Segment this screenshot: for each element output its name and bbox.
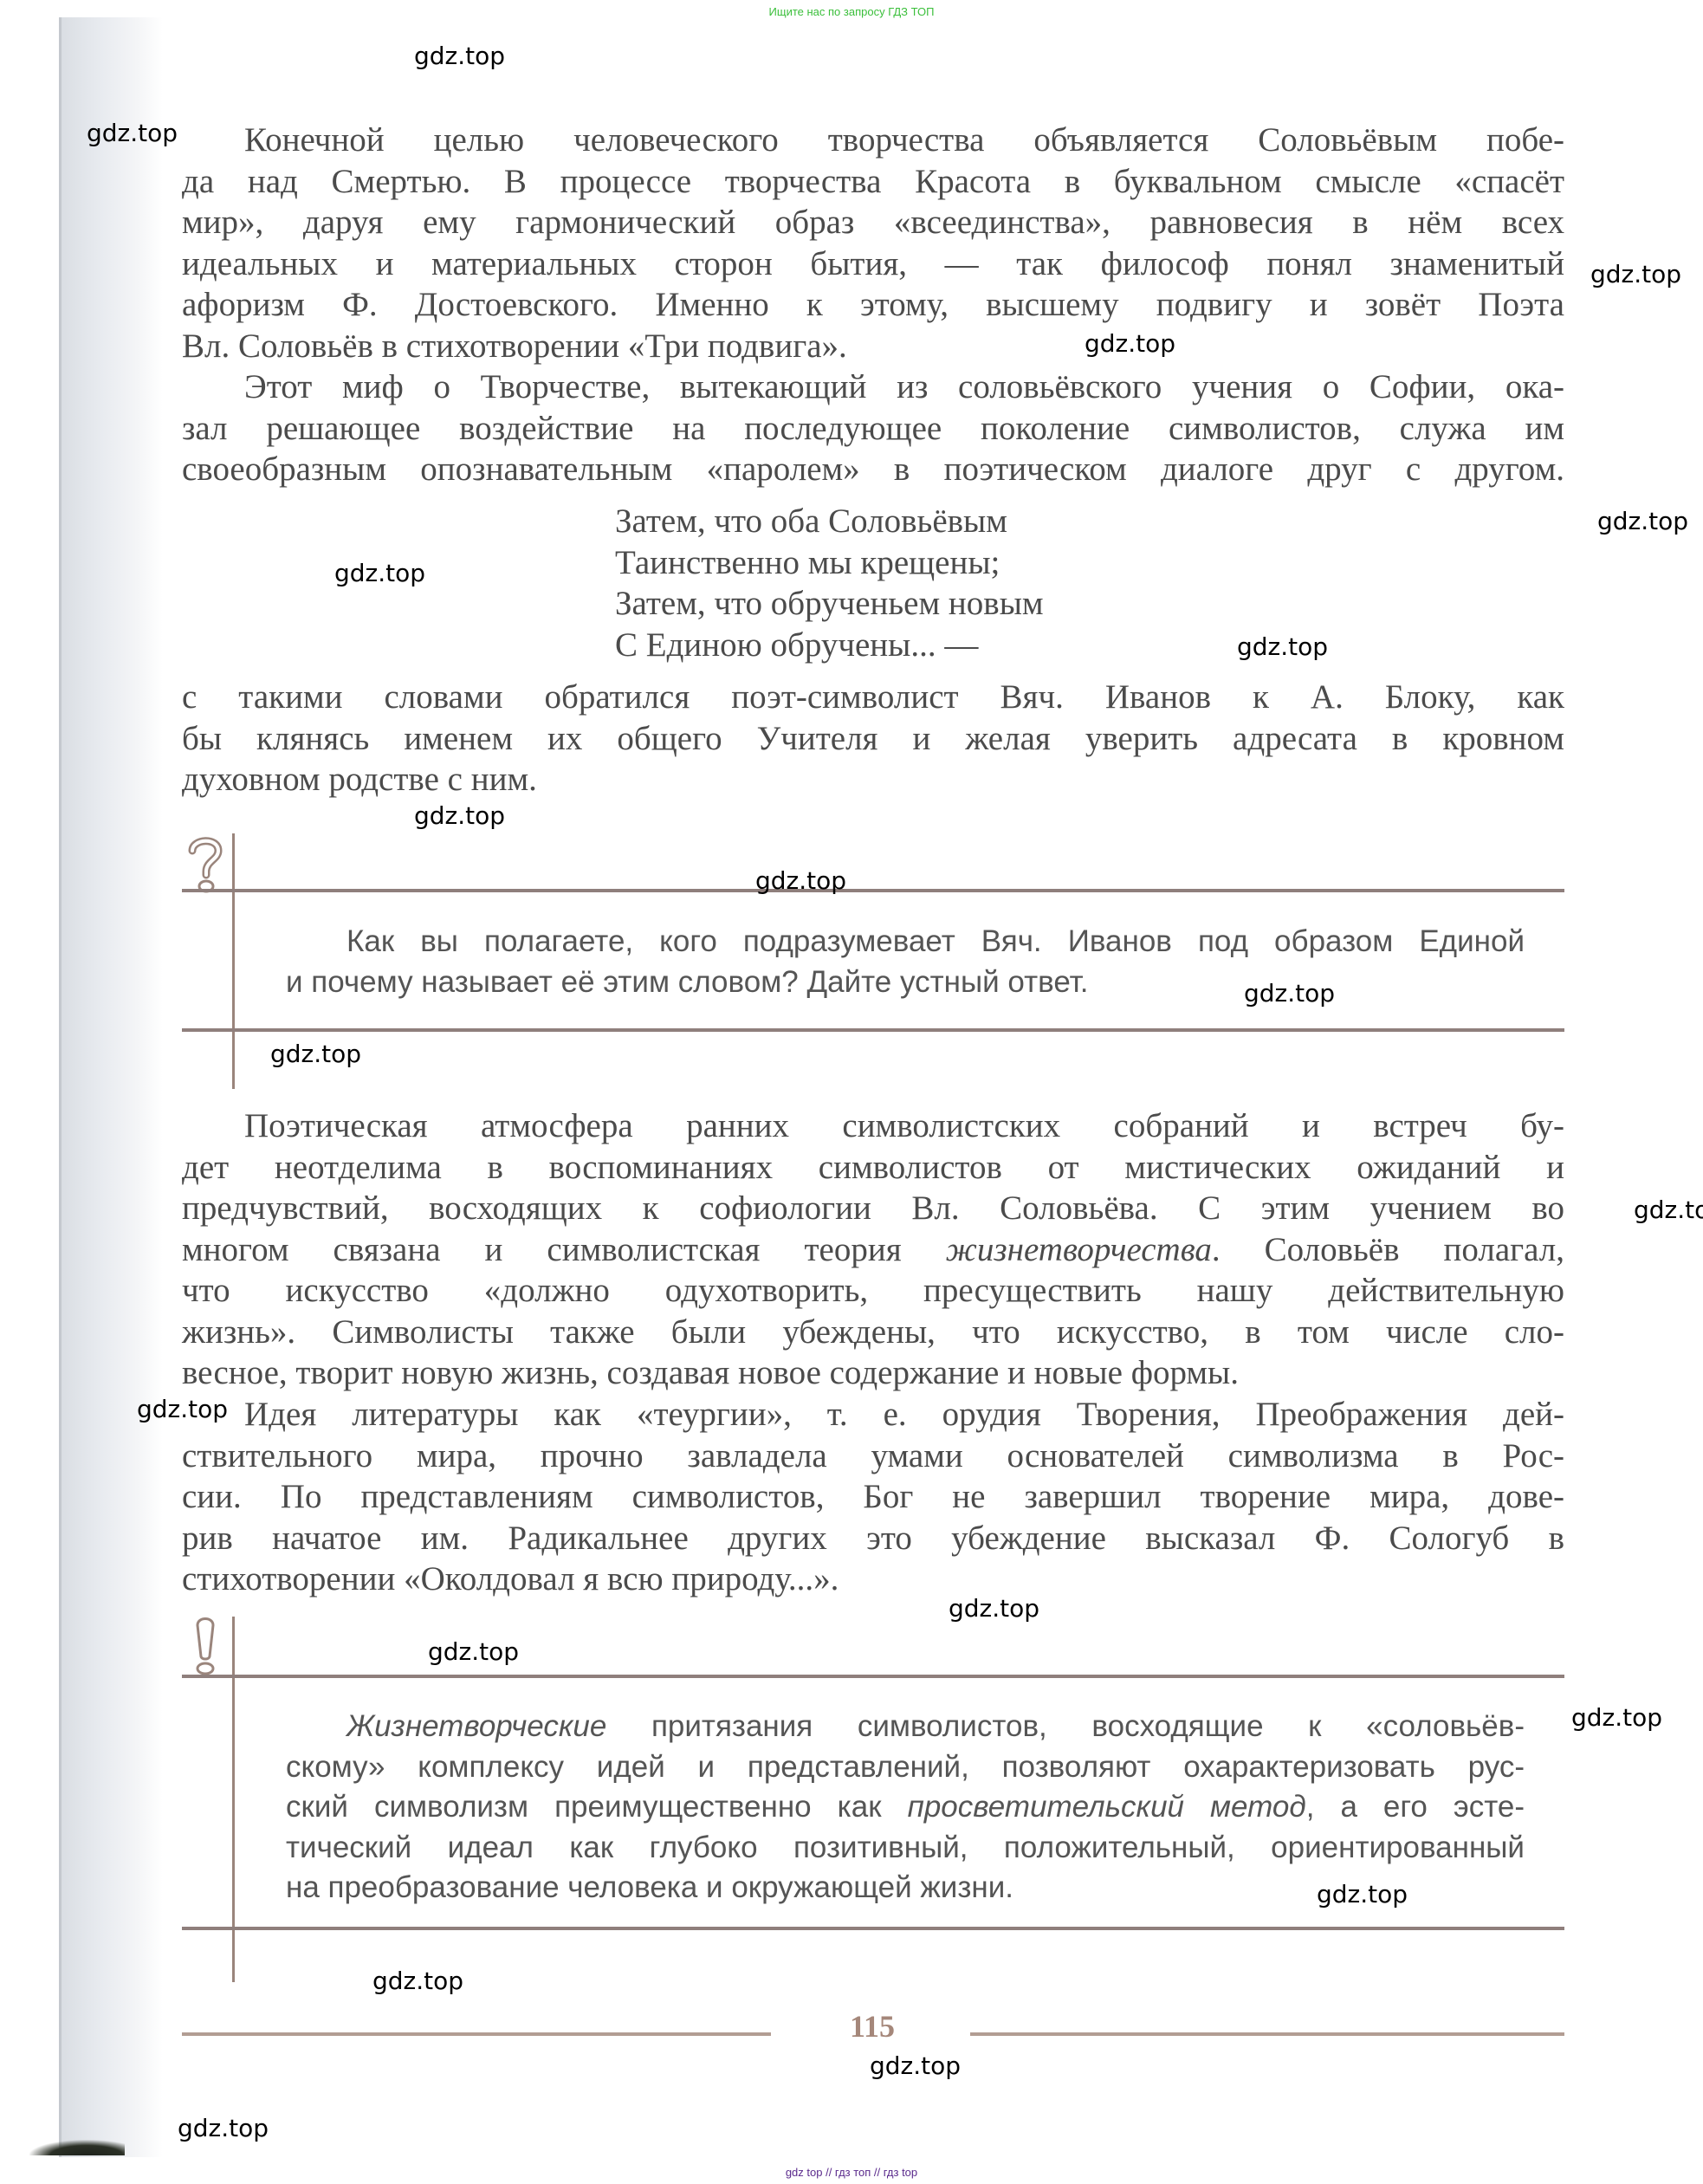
watermark: gdz.top bbox=[414, 42, 505, 70]
text-segment: . Соловьёв полагал, bbox=[1212, 1231, 1564, 1268]
text-line: своеобразным опознавательным «паролем» в… bbox=[182, 449, 1564, 490]
watermark: gdz.top bbox=[270, 1040, 361, 1068]
note-line: ский символизм преимущественно как просв… bbox=[286, 1787, 1525, 1828]
watermark: gdz.top bbox=[1317, 1880, 1408, 1909]
exclamation-mark-icon bbox=[185, 1617, 225, 1677]
text-line: предчувствий, восходящих к софиологии Вл… bbox=[182, 1188, 1564, 1229]
text-line: Конечной целью человеческого творчества … bbox=[182, 120, 1564, 161]
watermark: gdz.top bbox=[87, 119, 178, 147]
watermark: gdz.top bbox=[755, 866, 846, 895]
text-line: ствительного мира, прочно завладела умам… bbox=[182, 1435, 1564, 1477]
paragraph-2-continuation: с такими словами обратился поэт-символис… bbox=[182, 677, 1564, 800]
text-line: стихотворении «Околдовал я всю природу..… bbox=[182, 1559, 1564, 1600]
watermark: gdz.top bbox=[178, 2114, 269, 2142]
page-binding-shadow bbox=[59, 17, 163, 2157]
poem-line: С Единою обручены... — bbox=[615, 625, 1221, 666]
paragraph-1: Конечной целью человеческого творчества … bbox=[182, 120, 1564, 366]
italic-term: жизнетворчества bbox=[946, 1231, 1212, 1268]
question-box-bottom-rule bbox=[182, 1028, 1564, 1032]
question-mark-icon bbox=[185, 833, 225, 894]
question-box-vertical-rule bbox=[232, 833, 235, 1089]
text-line: многом связана и символистская теория жи… bbox=[182, 1229, 1564, 1271]
note-line: скому» комплексу идей и представлений, п… bbox=[286, 1747, 1525, 1788]
poem-line: Таинственно мы крещены; bbox=[615, 542, 1221, 584]
watermark: gdz.top bbox=[1597, 507, 1688, 535]
page-binding-edge bbox=[59, 17, 62, 2157]
watermark: gdz.top bbox=[137, 1395, 228, 1423]
text-line: духовном родстве с ним. bbox=[182, 759, 1564, 800]
footer-rule-left bbox=[182, 2032, 771, 2036]
watermark: gdz.top bbox=[1237, 632, 1328, 661]
watermark: gdz.top bbox=[372, 1967, 463, 1995]
note-box-bottom-rule bbox=[182, 1927, 1564, 1930]
question-text: Как вы полагаете, кого подразумевает Вяч… bbox=[286, 922, 1525, 1002]
paragraph-3: Поэтическая атмосфера ранних символистск… bbox=[182, 1105, 1564, 1394]
page-binding-foot bbox=[29, 2140, 125, 2155]
note-line: тический идеал как глубоко позитивный, п… bbox=[286, 1828, 1525, 1869]
note-text: Жизнетворческие притязания символистов, … bbox=[286, 1707, 1525, 1909]
watermark: gdz.top bbox=[1590, 260, 1681, 288]
poem-line: Затем, что оба Соловьёвым bbox=[615, 501, 1221, 542]
text-line: что искусство «должно одухотворить, прес… bbox=[182, 1270, 1564, 1312]
text-segment: притязания символистов, восходящие к «со… bbox=[606, 1709, 1525, 1743]
text-line: рив начатое им. Радикальнее других это у… bbox=[182, 1518, 1564, 1559]
bottom-banner: gdz top // гдз топ // гдз top bbox=[0, 2166, 1703, 2179]
italic-term: Жизнетворческие bbox=[346, 1709, 606, 1743]
text-segment: ский символизм преимущественно как bbox=[286, 1790, 908, 1824]
text-line: Поэтическая атмосфера ранних символистск… bbox=[182, 1105, 1564, 1147]
watermark: gdz.top bbox=[334, 559, 425, 587]
text-line: сии. По представлениям символистов, Бог … bbox=[182, 1476, 1564, 1518]
text-line: идеальных и материальных сторон бытия, —… bbox=[182, 243, 1564, 285]
watermark: gdz.top bbox=[1634, 1196, 1703, 1224]
text-line: зал решающее воздействие на последующее … bbox=[182, 408, 1564, 450]
question-box-top-rule bbox=[182, 889, 1564, 892]
text-line: бы клянясь именем их общего Учителя и же… bbox=[182, 718, 1564, 760]
italic-term: просветительский метод bbox=[908, 1790, 1306, 1824]
text-line: с такими словами обратился поэт-символис… bbox=[182, 677, 1564, 718]
paragraph-2: Этот миф о Творчестве, вытекающий из сол… bbox=[182, 366, 1564, 490]
text-line: Вл. Соловьёв в стихотворении «Три подвиг… bbox=[182, 326, 1564, 367]
text-line: Идея литературы как «теургии», т. е. ору… bbox=[182, 1394, 1564, 1435]
watermark: gdz.top bbox=[1244, 979, 1335, 1008]
note-line: Жизнетворческие притязания символистов, … bbox=[286, 1707, 1525, 1747]
text-line: дет неотделима в воспоминаниях символист… bbox=[182, 1147, 1564, 1189]
paragraph-4: Идея литературы как «теургии», т. е. ору… bbox=[182, 1394, 1564, 1600]
text-line: мир», даруя ему гармонический образ «все… bbox=[182, 202, 1564, 243]
watermark: gdz.top bbox=[949, 1594, 1039, 1623]
text-line: Этот миф о Творчестве, вытекающий из сол… bbox=[182, 366, 1564, 408]
question-line: Как вы полагаете, кого подразумевает Вяч… bbox=[286, 922, 1525, 962]
note-box-top-rule bbox=[182, 1675, 1564, 1678]
watermark: gdz.top bbox=[870, 2051, 961, 2080]
watermark: gdz.top bbox=[428, 1637, 519, 1666]
text-line: жизнь». Символисты также были убеждены, … bbox=[182, 1312, 1564, 1353]
watermark: gdz.top bbox=[1085, 329, 1175, 358]
text-line: афоризм Ф. Достоевского. Именно к этому,… bbox=[182, 284, 1564, 326]
text-segment: , а его эсте- bbox=[1306, 1790, 1525, 1824]
poem-quote: Затем, что оба Соловьёвым Таинственно мы… bbox=[615, 501, 1221, 665]
poem-line: Затем, что обрученьем новым bbox=[615, 583, 1221, 625]
text-line: да над Смертью. В процессе творчества Кр… bbox=[182, 161, 1564, 203]
question-line: и почему называет её этим словом? Дайте … bbox=[286, 962, 1525, 1003]
text-segment: многом связана и символистская теория bbox=[182, 1231, 902, 1268]
watermark: gdz.top bbox=[1571, 1703, 1662, 1732]
page-number: 115 bbox=[825, 2008, 920, 2045]
footer-rule-right bbox=[970, 2032, 1564, 2036]
watermark: gdz.top bbox=[414, 801, 505, 830]
top-banner: Ищите нас по запросу ГДЗ ТОП bbox=[0, 5, 1703, 18]
text-line: весное, творит новую жизнь, создавая нов… bbox=[182, 1352, 1564, 1394]
